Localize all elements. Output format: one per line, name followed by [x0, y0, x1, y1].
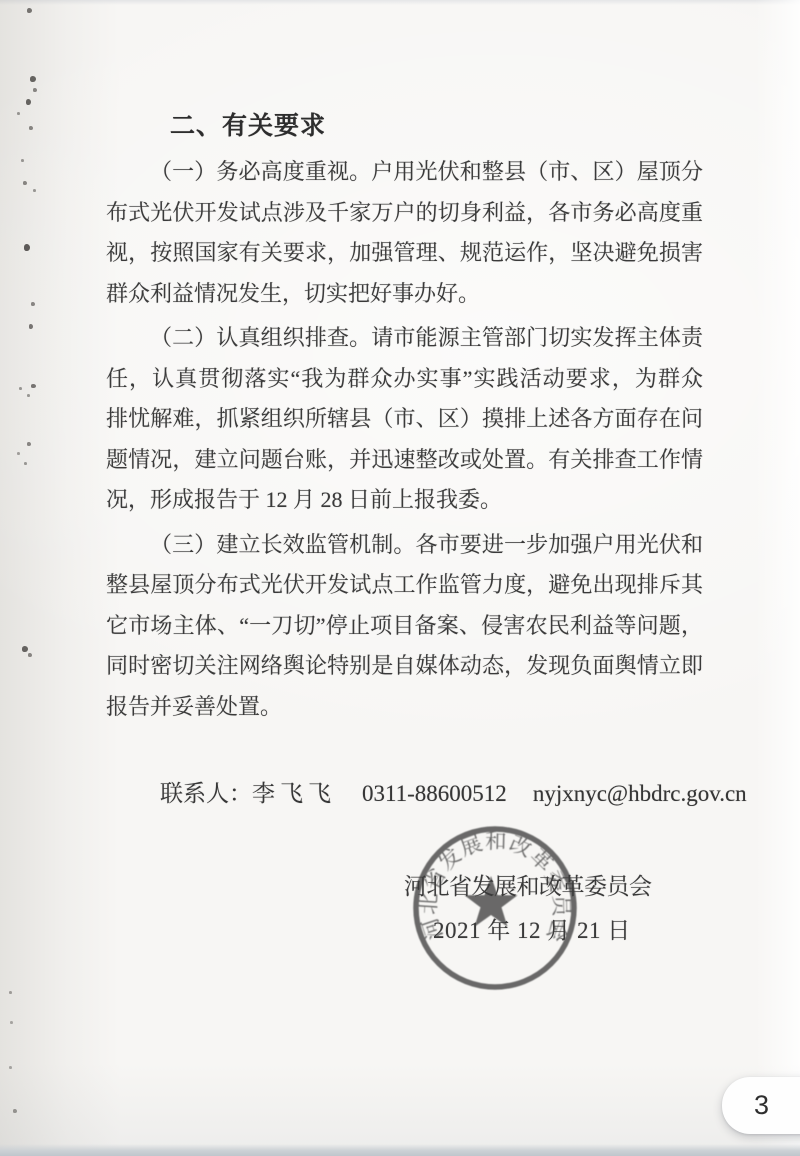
- scan-speck: [33, 88, 37, 92]
- official-seal: 河北省发展和改革委员会: [403, 816, 587, 1000]
- scan-speck: [13, 1109, 17, 1113]
- text-line: （三）建立长效监管机制。各市要进一步加强户用光伏和: [106, 525, 703, 566]
- scan-speck: [21, 159, 24, 162]
- scan-speck: [17, 452, 20, 455]
- scan-speck: [28, 653, 32, 657]
- scan-speck: [9, 1066, 12, 1069]
- text-line: 它市场主体、“一刀切”停止项目备案、侵害农民利益等问题，: [106, 606, 703, 647]
- page-number-badge: 3: [722, 1077, 800, 1134]
- contact-email: nyjxnyc@hbdrc.gov.cn: [533, 781, 747, 806]
- signature-organization: 河北省发展和改革委员会: [404, 868, 652, 901]
- scan-speck: [26, 99, 31, 105]
- text-line: 同时密切关注网络舆论特别是自媒体动态，发现负面舆情立即: [106, 646, 703, 687]
- text-line: （一）务必高度重视。户用光伏和整县（市、区）屋顶分: [106, 152, 703, 193]
- text-line: 题情况，建立问题台账，并迅速整改或处置。有关排查工作情: [106, 440, 703, 481]
- document-body: （一）务必高度重视。户用光伏和整县（市、区）屋顶分 布式光伏开发试点涉及千家万户…: [106, 152, 703, 731]
- scan-speck: [31, 384, 36, 388]
- scan-right-highlight: [755, 0, 800, 1156]
- scan-speck: [33, 189, 36, 192]
- text-line: 布式光伏开发试点涉及千家万户的切身利益，各市务必高度重: [106, 193, 703, 234]
- contact-name: 李飞飞: [252, 781, 336, 806]
- scan-speck: [23, 181, 27, 185]
- scan-speck: [31, 302, 35, 306]
- contact-line: 联系人：李飞飞0311-88600512nyjxnyc@hbdrc.gov.cn: [160, 778, 760, 810]
- scan-speck: [9, 991, 12, 994]
- text-line: 况，形成报告于 12 月 28 日前上报我委。: [106, 480, 703, 521]
- text-line: 任，认真贯彻落实“我为群众办实事”实践活动要求，为群众: [106, 359, 703, 400]
- scan-speck: [29, 126, 33, 130]
- contact-label: 联系人：: [160, 781, 252, 806]
- text-line: 报告并妥善处置。: [106, 687, 703, 728]
- text-line: 视，按照国家有关要求，加强管理、规范运作，坚决避免损害: [106, 233, 703, 274]
- scan-speck: [19, 387, 22, 390]
- scan-speck: [24, 244, 30, 251]
- text-line: 排忧解难，抓紧组织所辖县（市、区）摸排上述各方面存在问: [106, 399, 703, 440]
- scan-speck: [27, 394, 30, 397]
- scan-bottom-edge: [0, 1144, 800, 1156]
- text-line: 群众利益情况发生，切实把好事办好。: [106, 274, 703, 315]
- text-line: （二）认真组织排查。请市能源主管部门切实发挥主体责: [106, 318, 703, 359]
- scan-speck: [17, 112, 20, 115]
- signature-date: 2021 年 12 月 21 日: [433, 912, 631, 945]
- paragraph-1: （一）务必高度重视。户用光伏和整县（市、区）屋顶分 布式光伏开发试点涉及千家万户…: [106, 152, 703, 314]
- scan-speck: [24, 462, 27, 465]
- contact-phone: 0311-88600512: [362, 781, 507, 806]
- scan-speck: [27, 442, 31, 446]
- scan-left-shadow-band: [0, 0, 120, 1156]
- scan-speck: [30, 76, 36, 82]
- scan-top-edge: [0, 0, 800, 5]
- scan-speck: [22, 646, 28, 652]
- scanned-document-page: { "page": { "number": "3" }, "document":…: [0, 0, 800, 1156]
- scan-speck: [29, 324, 33, 329]
- scan-speck: [27, 8, 32, 13]
- section-heading: 二、有关要求: [170, 112, 326, 140]
- page-number: 3: [722, 1090, 769, 1121]
- text-line: 整县屋顶分布式光伏开发试点工作监管力度，避免出现排斥其: [106, 565, 703, 606]
- paragraph-3: （三）建立长效监管机制。各市要进一步加强户用光伏和 整县屋顶分布式光伏开发试点工…: [106, 525, 703, 728]
- scan-speck: [10, 1021, 13, 1024]
- paragraph-2: （二）认真组织排查。请市能源主管部门切实发挥主体责 任，认真贯彻落实“我为群众办…: [106, 318, 703, 521]
